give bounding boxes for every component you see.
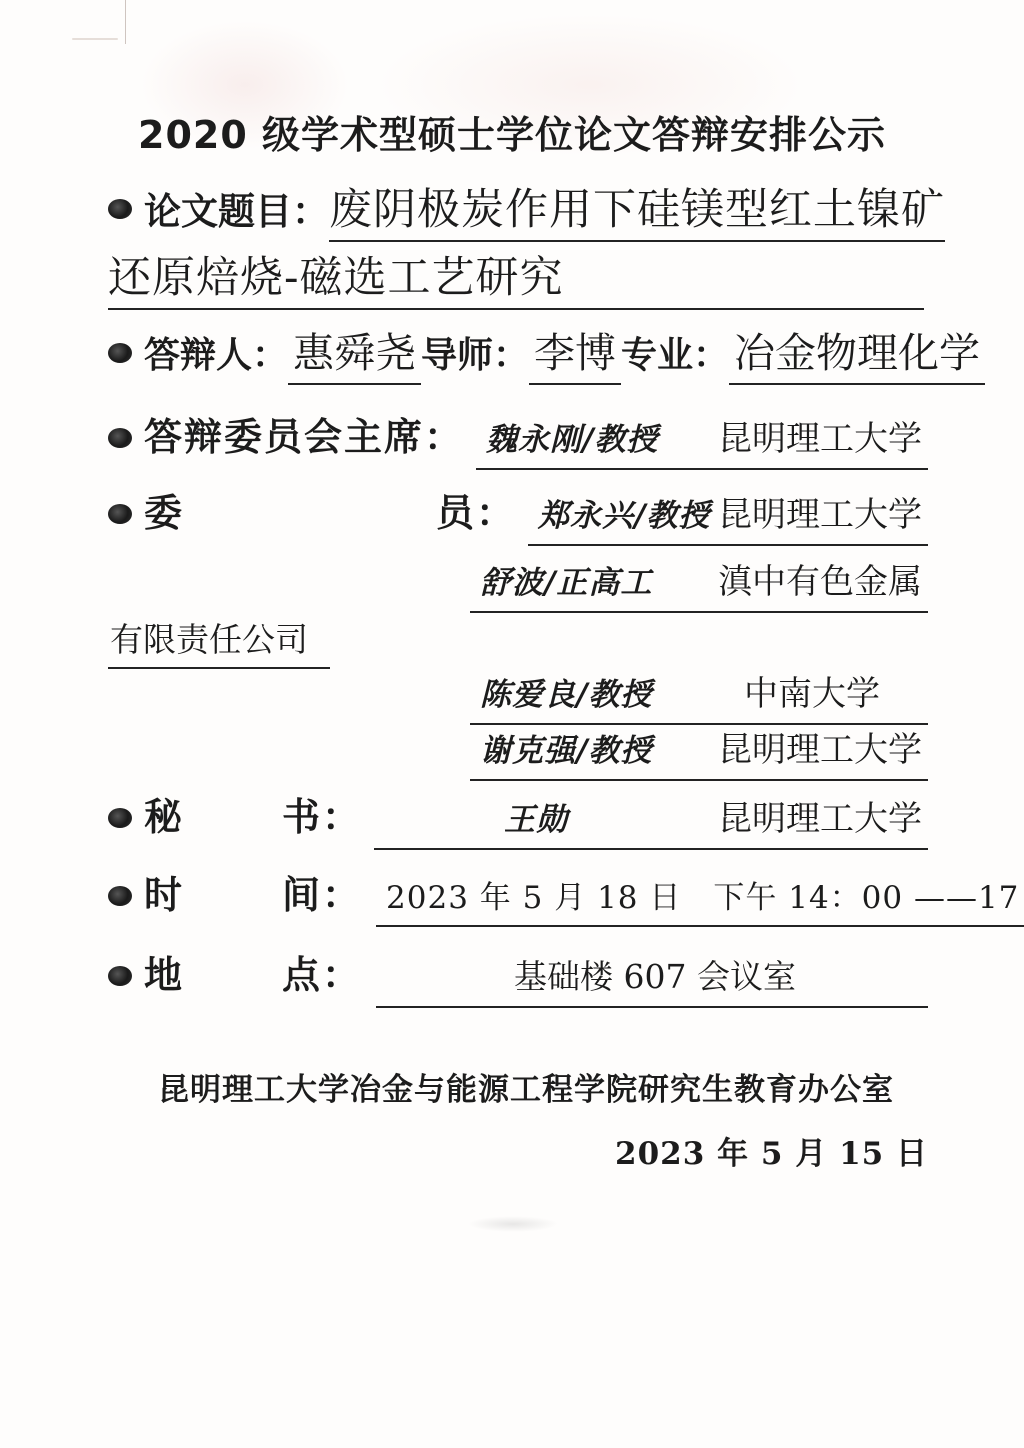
member-affiliation: 中南大学 [744, 666, 922, 715]
committee-member-entry: 陈爱良/教授 中南大学 [470, 666, 928, 725]
thesis-title-label: 论文题目： [144, 181, 329, 235]
location-value: 基础楼 607 会议室 [386, 951, 924, 998]
secretary-row: 秘 书： 王勋 昆明理工大学 [108, 786, 928, 850]
location-label-right: 点： [282, 944, 362, 999]
bullet-icon [108, 428, 132, 448]
secretary-name: 王勋 [504, 794, 568, 839]
issuing-office: 昆明理工大学冶金与能源工程学院研究生教育办公室 [0, 1064, 1024, 1109]
location-value-group: 基础楼 607 会议室 [376, 951, 928, 1008]
committee-label-right: 员： [436, 482, 516, 537]
secretary-affiliation: 昆明理工大学 [718, 791, 922, 840]
member-affiliation: 滇中有色金属 [718, 554, 922, 603]
issue-date: 2023 年 5 月 15 日 [615, 1128, 928, 1173]
scan-smudge [468, 1216, 558, 1232]
time-value-group: 2023 年 5 月 18 日 下午 14：00 ——17：30 [376, 872, 1024, 927]
thesis-title-line2: 还原焙烧-磁选工艺研究 [108, 244, 924, 310]
defender-label: 答辩人： [144, 327, 288, 378]
secretary-entry: 王勋 昆明理工大学 [374, 791, 928, 850]
committee-chair-row: 答辩委员会主席： 魏永刚/教授 昆明理工大学 [108, 406, 928, 470]
committee-member-row: 委 员： 郑永兴/教授 昆明理工大学 [108, 482, 928, 546]
committee-member-row: 谢克强/教授 昆明理工大学 [470, 722, 928, 781]
thesis-title-row: 论文题目： 废阴极炭作用下硅镁型红土镍矿 [108, 176, 928, 242]
time-value: 2023 年 5 月 18 日 下午 14：00 ——17：30 [386, 872, 1024, 917]
major-name: 冶金物理化学 [729, 320, 985, 385]
bullet-icon [108, 199, 132, 219]
committee-member-entry: 舒波/正高工 滇中有色金属 [470, 554, 928, 613]
location-row: 地 点： 基础楼 607 会议室 [108, 944, 928, 1008]
member-affiliation-continued: 有限责任公司 [108, 614, 330, 669]
secretary-label-right: 书： [282, 786, 362, 841]
bullet-icon [108, 343, 132, 363]
scanned-document-page: 2020 级学术型硕士学位论文答辩安排公示 论文题目： 废阴极炭作用下硅镁型红土… [0, 0, 1024, 1448]
major-label: 专业： [621, 327, 729, 378]
thesis-title-line1: 废阴极炭作用下硅镁型红土镍矿 [329, 176, 945, 242]
member-affiliation: 昆明理工大学 [718, 722, 922, 771]
bullet-icon [108, 886, 132, 906]
scan-line-artifact [72, 38, 118, 40]
time-row: 时 间： 2023 年 5 月 18 日 下午 14：00 ——17：30 [108, 864, 928, 927]
advisor-name: 李博 [529, 320, 621, 385]
scan-line-artifact [125, 0, 126, 44]
advisor-label: 导师： [421, 327, 529, 378]
committee-member-entry: 郑永兴/教授 昆明理工大学 [528, 487, 928, 546]
chair-entry: 魏永刚/教授 昆明理工大学 [476, 411, 928, 470]
committee-member-row: 陈爱良/教授 中南大学 [470, 666, 928, 725]
committee-label-left: 委 [144, 482, 184, 537]
member-affiliation: 昆明理工大学 [718, 487, 922, 536]
bullet-icon [108, 808, 132, 828]
bullet-icon [108, 966, 132, 986]
committee-member-entry: 谢克强/教授 昆明理工大学 [470, 722, 928, 781]
affiliation-continued-row: 有限责任公司 [108, 614, 330, 669]
time-label-right: 间： [282, 864, 362, 919]
member-name: 陈爱良/教授 [480, 669, 652, 714]
member-name: 舒波/正高工 [480, 557, 652, 602]
page-title: 2020 级学术型硕士学位论文答辩安排公示 [0, 104, 1024, 159]
defender-name: 惠舜尧 [288, 320, 421, 385]
chair-label: 答辩委员会主席： [144, 406, 464, 461]
thesis-title-row-continued: 还原焙烧-磁选工艺研究 [108, 244, 924, 310]
bullet-icon [108, 504, 132, 524]
chair-affiliation: 昆明理工大学 [718, 411, 922, 460]
location-label-left: 地 [144, 944, 184, 999]
member-name: 郑永兴/教授 [538, 490, 710, 535]
secretary-label-left: 秘 [144, 786, 184, 841]
member-name: 谢克强/教授 [480, 725, 652, 770]
chair-name: 魏永刚/教授 [486, 414, 658, 459]
committee-member-row: 舒波/正高工 滇中有色金属 [470, 554, 928, 613]
time-label-left: 时 [144, 864, 184, 919]
defender-row: 答辩人： 惠舜尧 导师： 李博 专业： 冶金物理化学 [108, 320, 928, 385]
